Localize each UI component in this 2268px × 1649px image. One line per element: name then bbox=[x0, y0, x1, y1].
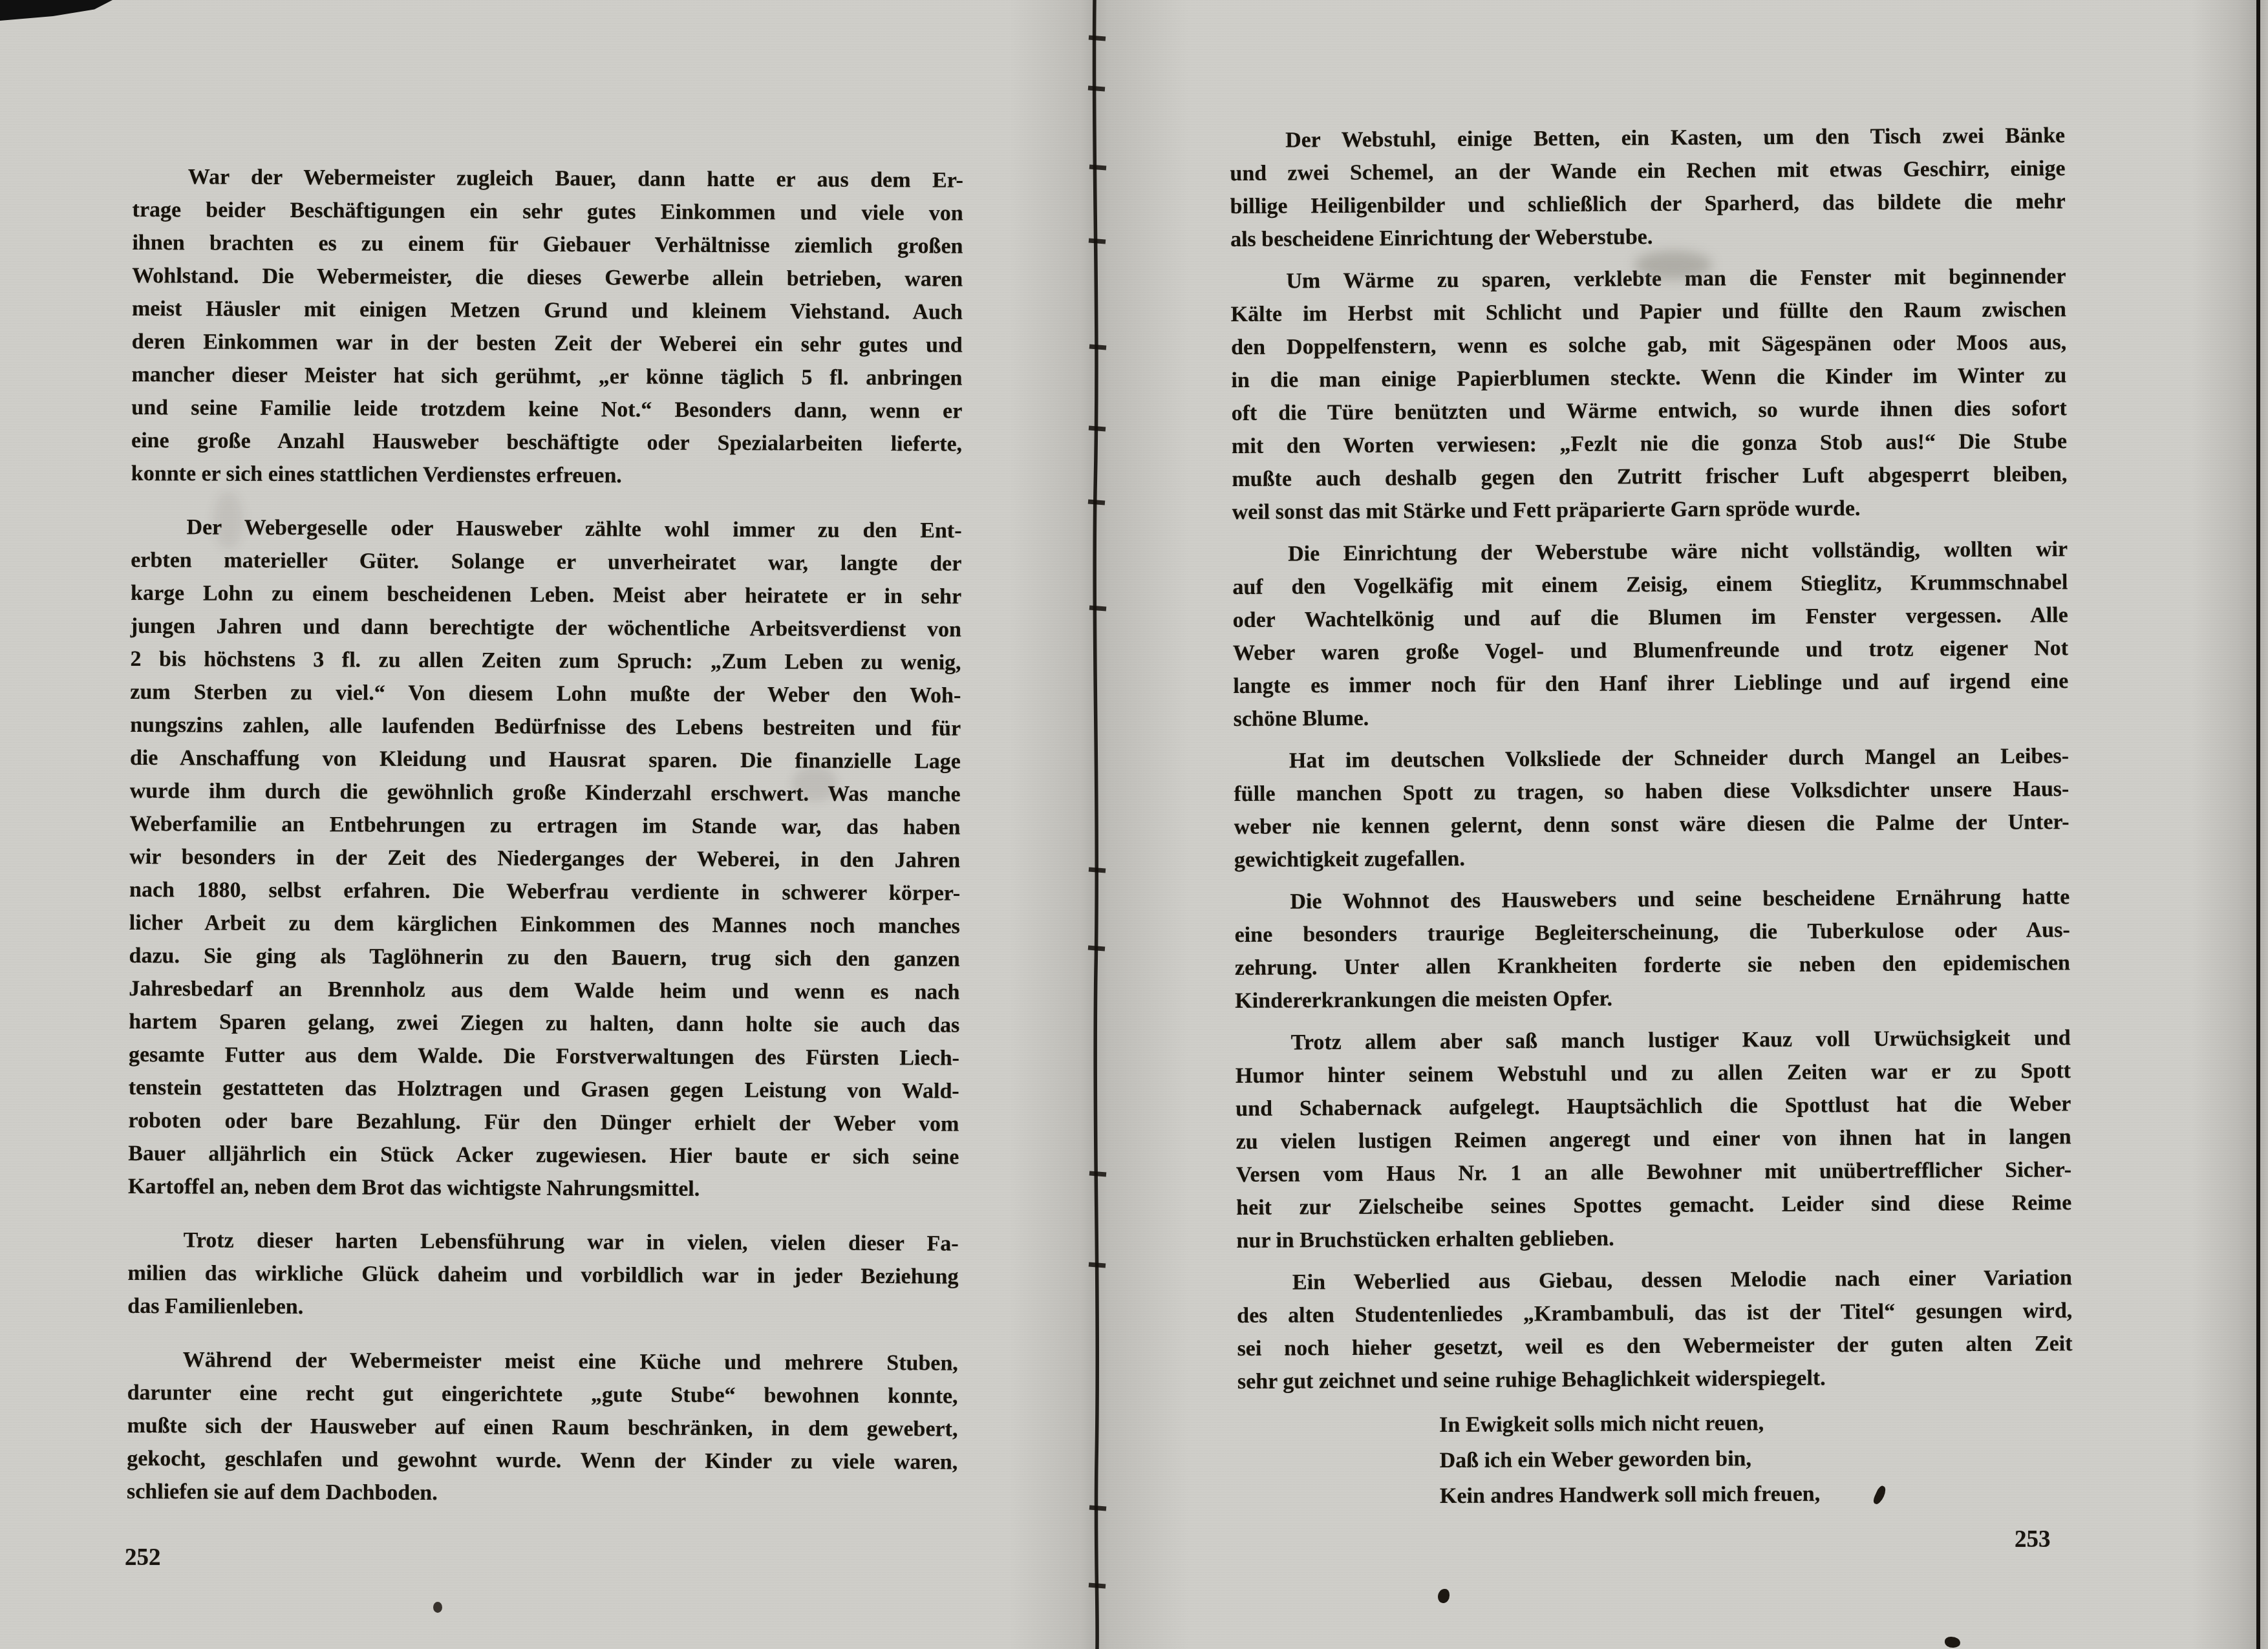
text-line: gewichtigkeit zugefallen. bbox=[1234, 838, 2070, 877]
book-scan: War der Webermeister zugleich Bauer, dan… bbox=[0, 0, 2268, 1649]
text-line: Jahresbedarf an Brennholz aus dem Walde … bbox=[129, 972, 959, 1009]
text-line: Versen vom Haus Nr. 1 an alle Bewohner m… bbox=[1236, 1153, 2071, 1191]
ink-speck bbox=[1945, 1637, 1960, 1648]
weber-song-verse: In Ewigkeit solls mich nicht reuen,Daß i… bbox=[1237, 1403, 2073, 1515]
text-line: Trotz dieser harten Lebensführung war in… bbox=[128, 1224, 959, 1261]
right-page-edge-line bbox=[2256, 0, 2260, 1649]
paragraph: Trotz allem aber saß manch lustiger Kauz… bbox=[1236, 1021, 2072, 1257]
text-line: Kindererkrankungen die meisten Opfer. bbox=[1235, 979, 2070, 1017]
text-line: eine große Anzahl Hausweber beschäftigte… bbox=[131, 424, 962, 461]
paragraph: Der Webergeselle oder Hausweber zählte w… bbox=[128, 511, 962, 1207]
paragraph: Um Wärme zu sparen, verklebte man die Fe… bbox=[1230, 260, 2067, 529]
text-line: sehr gut zeichnet und seine ruhige Behag… bbox=[1237, 1360, 2073, 1398]
text-line: weber nie kennen gelernt, denn sonst wär… bbox=[1234, 805, 2069, 844]
text-line: nach 1880, selbst erfahren. Die Weberfra… bbox=[129, 873, 960, 910]
text-line: gesamte Futter aus dem Walde. Die Forstv… bbox=[129, 1038, 959, 1075]
text-line: und zwei Schemel, an der Wande ein Reche… bbox=[1230, 152, 2065, 190]
left-page-number: 252 bbox=[125, 1544, 161, 1571]
text-line: langte es immer noch für den Hanf ihrer … bbox=[1233, 665, 2068, 703]
text-line: Wohlstand. Die Webermeister, die dieses … bbox=[132, 259, 963, 296]
text-line: nungszins zahlen, alle laufenden Bedürfn… bbox=[130, 708, 961, 745]
text-line: hartem Sparen gelang, zwei Ziegen zu hal… bbox=[129, 1005, 959, 1042]
text-line: den Doppelfenstern, wenn es solche gab, … bbox=[1231, 326, 2066, 364]
paragraph: War der Webermeister zugleich Bauer, dan… bbox=[131, 160, 963, 494]
paper-smudge bbox=[1634, 251, 1712, 279]
text-line: trage beider Beschäftigungen ein sehr gu… bbox=[133, 193, 963, 230]
text-line: oder Wachtelkönig und auf die Blumen im … bbox=[1233, 599, 2068, 637]
text-line: darunter eine recht gut eingerichtete „g… bbox=[127, 1376, 958, 1413]
text-line: und seine Familie leide trotzdem keine N… bbox=[131, 391, 962, 428]
text-line: Humor hinter seinem Webstuhl und zu alle… bbox=[1236, 1054, 2071, 1092]
text-line: Ein Weberlied aus Giebau, dessen Melodie… bbox=[1237, 1261, 2072, 1299]
text-line: Der Webstuhl, einige Betten, ein Kasten,… bbox=[1230, 119, 2065, 157]
text-line: War der Webermeister zugleich Bauer, dan… bbox=[133, 160, 963, 197]
verse-line: Daß ich ein Weber geworden bin, bbox=[1237, 1439, 2073, 1480]
text-line: Hat im deutschen Volksliede der Schneide… bbox=[1234, 739, 2069, 778]
text-line: schöne Blume. bbox=[1233, 697, 2068, 736]
text-line: mußte sich der Hausweber auf einen Raum … bbox=[127, 1409, 957, 1446]
text-line: Trotz allem aber saß manch lustiger Kauz… bbox=[1236, 1021, 2071, 1059]
text-line: karge Lohn zu einem bescheidenen Leben. … bbox=[131, 577, 961, 613]
text-line: milien das wirkliche Glück daheim und vo… bbox=[127, 1257, 958, 1293]
paragraph: Ein Weberlied aus Giebau, dessen Melodie… bbox=[1237, 1261, 2073, 1398]
text-line: wir besonders in der Zeit des Niedergang… bbox=[129, 840, 960, 877]
text-line: Bauer alljährlich ein Stück Acker zugewi… bbox=[128, 1137, 959, 1174]
ink-speck bbox=[433, 1602, 442, 1613]
paragraph: Während der Webermeister meist eine Küch… bbox=[127, 1343, 958, 1512]
text-line: Kälte im Herbst mit Schlicht und Papier … bbox=[1231, 293, 2066, 331]
paragraph: Trotz dieser harten Lebensführung war in… bbox=[127, 1224, 959, 1326]
text-line: des alten Studentenliedes „Krambambuli, … bbox=[1237, 1294, 2072, 1332]
text-line: mußte auch deshalb gegen den Zutritt fri… bbox=[1232, 458, 2067, 496]
text-line: heit zur Zielscheibe seines Spottes gema… bbox=[1236, 1186, 2071, 1224]
text-line: Kartoffel an, neben dem Brot das wichtig… bbox=[128, 1170, 959, 1207]
text-line: 2 bis höchstens 3 fl. zu allen Zeiten zu… bbox=[131, 643, 961, 679]
text-line: die Anschaffung von Kleidung und Hausrat… bbox=[130, 741, 961, 778]
verse-line: In Ewigkeit solls mich nicht reuen, bbox=[1237, 1403, 2073, 1444]
paragraph: Der Webstuhl, einige Betten, ein Kasten,… bbox=[1230, 119, 2066, 256]
text-line: roboten oder bare Bezahlung. Für den Dün… bbox=[128, 1104, 959, 1141]
paragraph: Hat im deutschen Volksliede der Schneide… bbox=[1234, 739, 2070, 877]
text-line: zu vielen lustigen Reimen angeregt und e… bbox=[1236, 1120, 2071, 1158]
text-line: mancher dieser Meister hat sich gerühmt,… bbox=[131, 358, 962, 395]
text-line: in die man einige Papierblumen steckte. … bbox=[1231, 359, 2066, 397]
text-line: sei noch hieher gesetzt, weil es den Web… bbox=[1237, 1327, 2072, 1365]
text-line: zehrung. Unter allen Krankheiten fordert… bbox=[1235, 946, 2070, 984]
text-line: gekocht, geschlafen und gewohnt wurde. W… bbox=[127, 1442, 957, 1479]
text-line: nur in Bruchstücken erhalten geblieben. bbox=[1236, 1219, 2071, 1257]
right-page-text: Der Webstuhl, einige Betten, ein Kasten,… bbox=[1230, 119, 2073, 1515]
book-gutter-stitching bbox=[1073, 0, 1118, 1649]
left-page-text: War der Webermeister zugleich Bauer, dan… bbox=[127, 160, 963, 1533]
text-line: Der Webergeselle oder Hausweber zählte w… bbox=[131, 511, 961, 548]
text-line: Weber waren große Vogel- und Blumenfreun… bbox=[1233, 632, 2068, 670]
left-page-paragraphs: War der Webermeister zugleich Bauer, dan… bbox=[127, 160, 963, 1512]
paper-smudge bbox=[213, 491, 243, 549]
text-line: fülle manchen Spott zu tragen, so haben … bbox=[1234, 772, 2069, 811]
text-line: das Familienleben. bbox=[127, 1290, 958, 1326]
text-line: licher Arbeit zu dem kärglichen Einkomme… bbox=[129, 906, 960, 943]
text-line: ihnen brachten es zu einem für Giebauer … bbox=[132, 226, 963, 263]
text-line: schliefen sie auf dem Dachboden. bbox=[127, 1475, 957, 1512]
text-line: als bescheidene Einrichtung der Weberstu… bbox=[1230, 218, 2066, 256]
text-line: jungen Jahren und dann berechtigte der w… bbox=[131, 610, 961, 646]
text-line: erbten materieller Güter. Solange er unv… bbox=[131, 544, 961, 580]
text-line: deren Einkommen war in der besten Zeit d… bbox=[132, 325, 963, 362]
text-line: weil sonst das mit Stärke und Fett präpa… bbox=[1232, 491, 2068, 529]
text-line: eine besonders traurige Begleiterscheinu… bbox=[1235, 913, 2070, 952]
text-line: mit den Worten verwiesen: „Fezlt nie die… bbox=[1232, 425, 2067, 463]
verse-line: Kein andres Handwerk soll mich freuen, bbox=[1238, 1474, 2073, 1515]
text-line: oft die Türe benützten und Wärme entwich… bbox=[1232, 392, 2067, 430]
text-line: zum Sterben zu viel.“ Von diesem Lohn mu… bbox=[130, 676, 961, 712]
right-page-paragraphs: Der Webstuhl, einige Betten, ein Kasten,… bbox=[1230, 119, 2073, 1398]
text-line: dazu. Sie ging als Taglöhnerin zu den Ba… bbox=[129, 939, 960, 976]
text-line: auf den Vogelkäfig mit einem Zeisig, ein… bbox=[1232, 566, 2068, 604]
paper-smudge bbox=[792, 766, 837, 802]
text-line: Die Wohnnot des Hauswebers und seine bes… bbox=[1234, 880, 2070, 919]
paragraph: Die Einrichtung der Weberstube wäre nich… bbox=[1232, 533, 2069, 736]
text-line: konnte er sich eines stattlichen Verdien… bbox=[131, 457, 962, 494]
text-line: Weberfamilie an Entbehrungen zu ertragen… bbox=[129, 807, 960, 844]
text-line: meist Häusler mit einigen Metzen Grund u… bbox=[132, 292, 963, 329]
text-line: und Schabernack aufgelegt. Hauptsächlich… bbox=[1236, 1087, 2071, 1125]
text-line: Die Einrichtung der Weberstube wäre nich… bbox=[1232, 533, 2068, 571]
text-line: billige Heiligenbilder und schließlich d… bbox=[1230, 185, 2066, 223]
paragraph: Die Wohnnot des Hauswebers und seine bes… bbox=[1234, 880, 2070, 1017]
text-line: tenstein gestatteten das Holztragen und … bbox=[129, 1071, 959, 1108]
right-page-number: 253 bbox=[2015, 1526, 2051, 1553]
text-line: Während der Webermeister meist eine Küch… bbox=[127, 1343, 958, 1380]
